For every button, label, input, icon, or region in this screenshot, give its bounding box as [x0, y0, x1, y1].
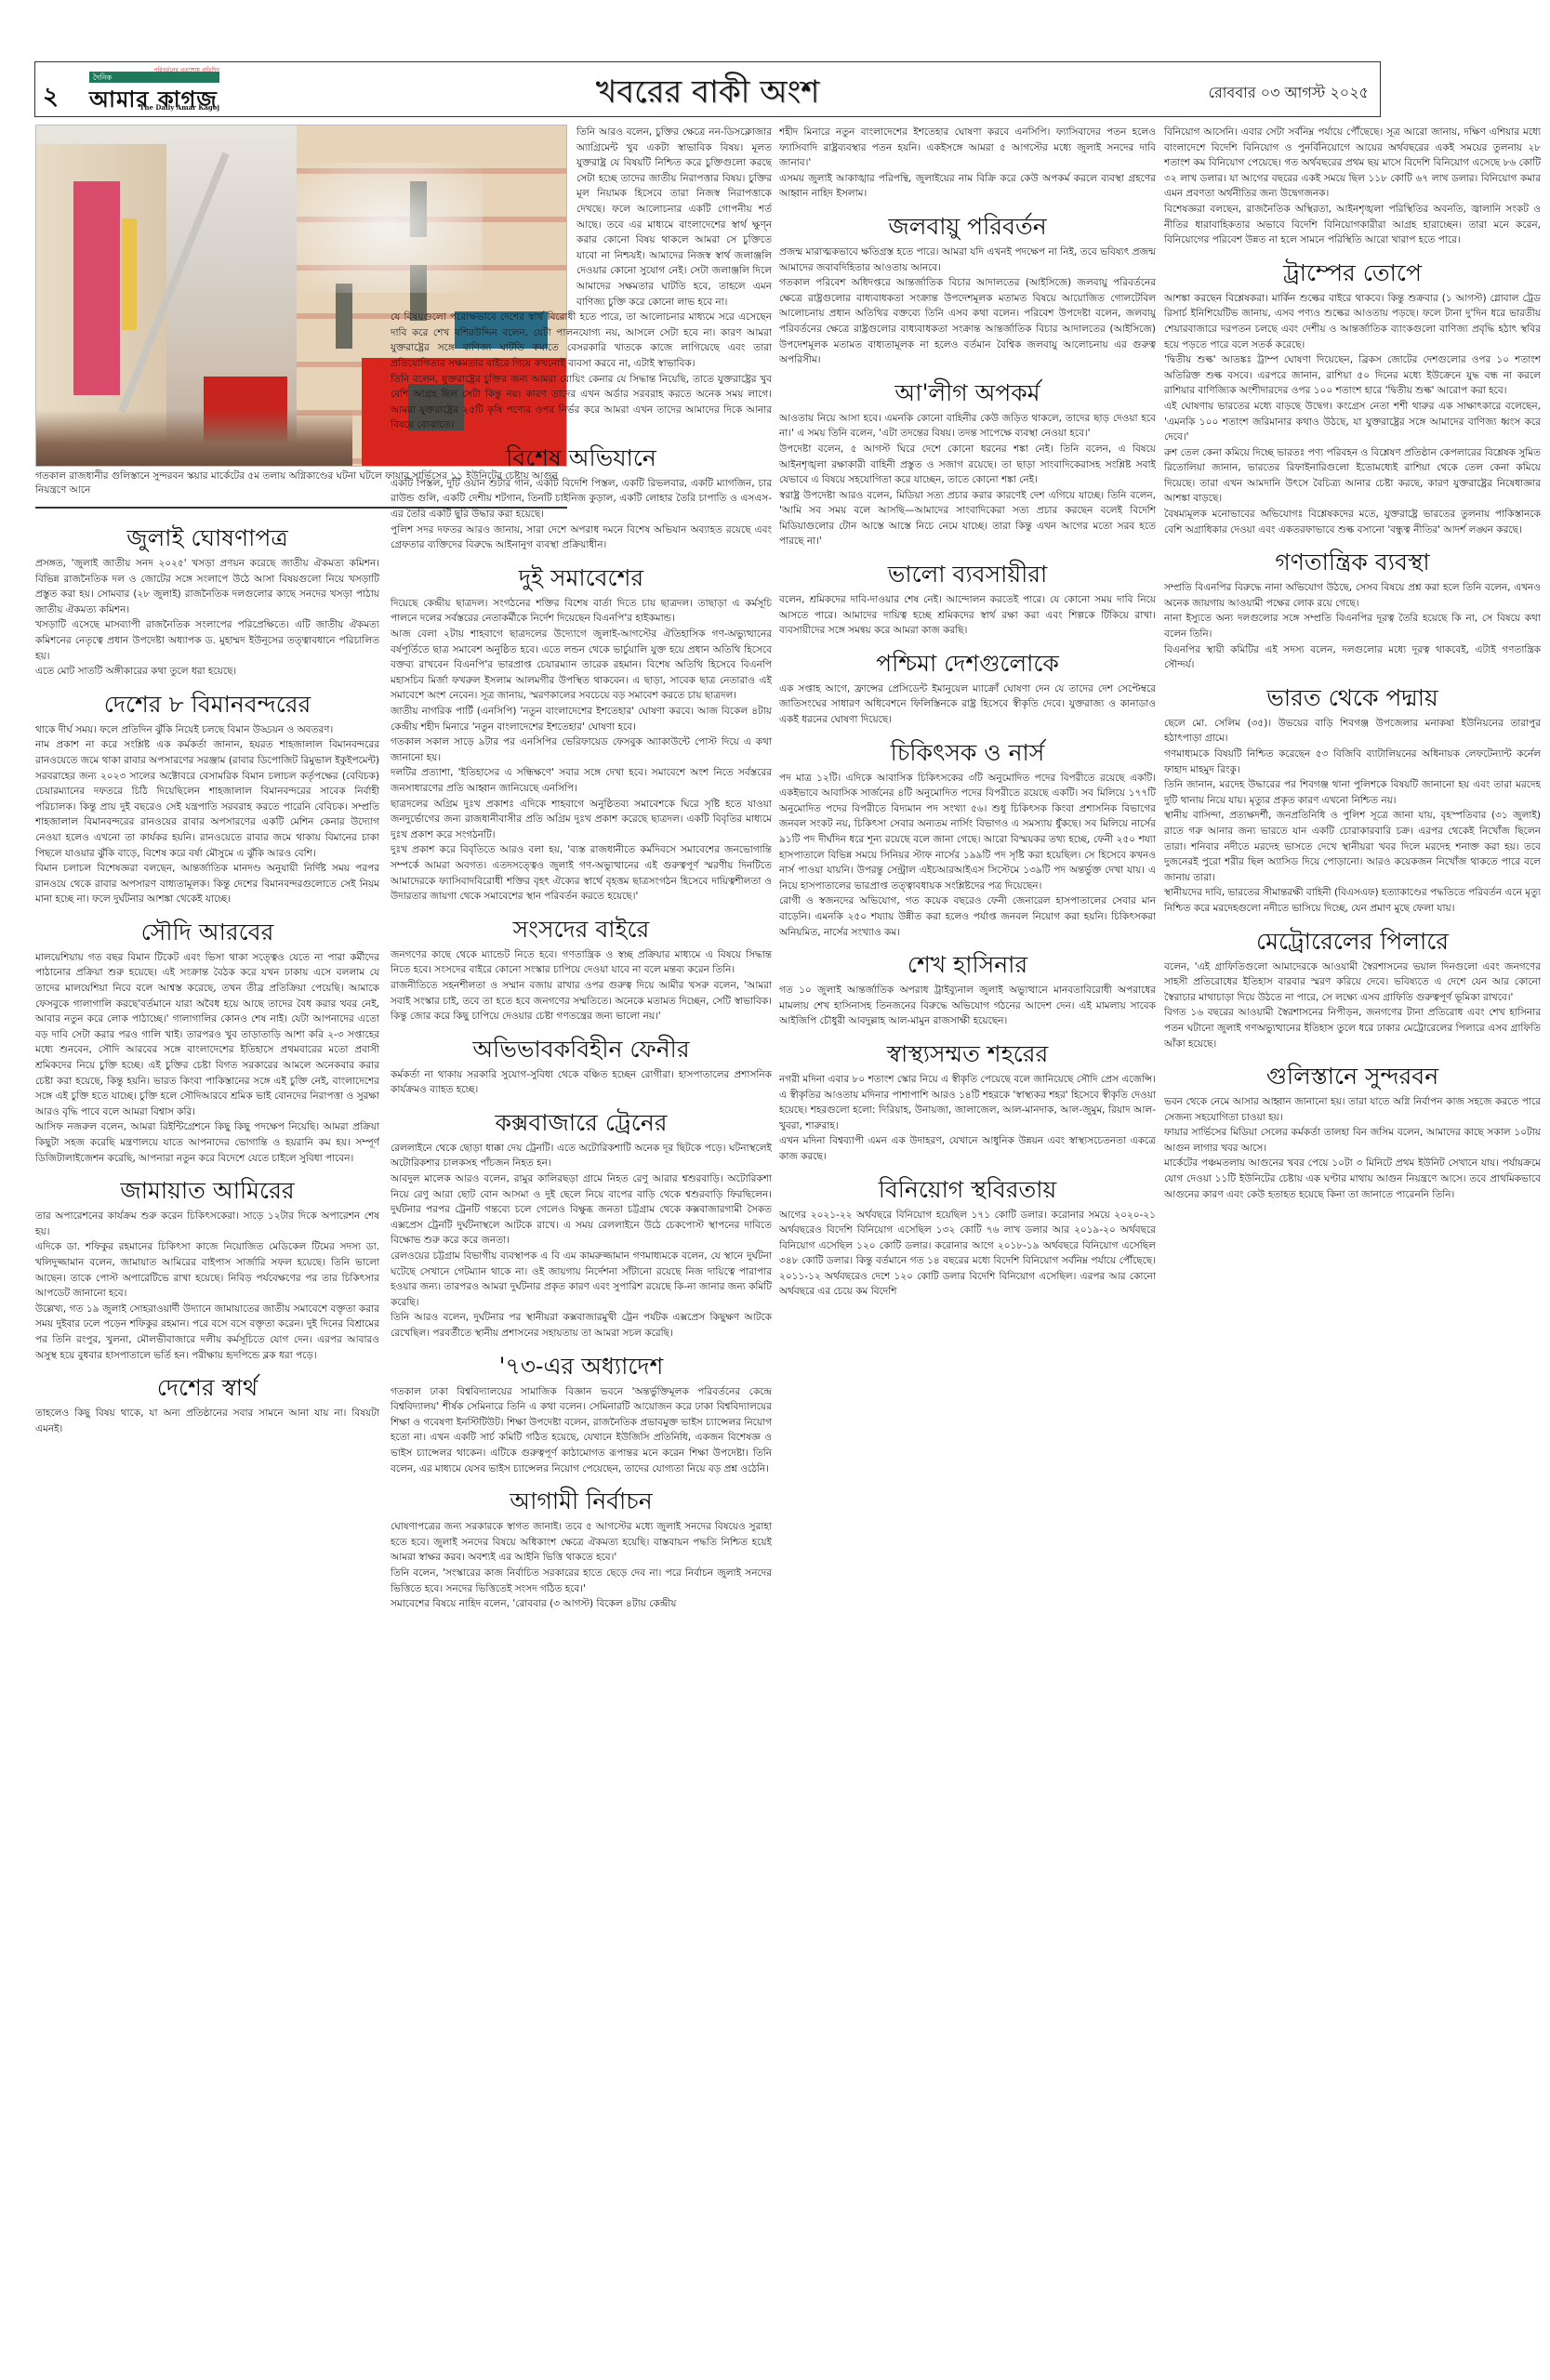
article-paragraph: রোগী ও স্বজনদের অভিযোগ, গত কয়েক বছরেও ফ… — [779, 893, 1156, 940]
article-paragraph: বিমান চলাচল বিশেষজ্ঞরা বলছেন, আন্তর্জাতি… — [35, 861, 379, 907]
section-title: খবরের বাকী অংশ — [35, 68, 1380, 121]
headline-investment-stagnation[interactable]: বিনিয়োগ স্থবিরতায় — [779, 1174, 1156, 1206]
headline-saudi[interactable]: সৌদি আরবের — [35, 917, 379, 948]
photo-crowd — [36, 410, 352, 466]
headline-climate-change[interactable]: জলবায়ু পরিবর্তন — [779, 211, 1156, 243]
headline-metro-pillars[interactable]: মেট্রোরেলের পিলারে — [1164, 926, 1541, 958]
headline-airports[interactable]: দেশের ৮ বিমানবন্দরের — [35, 689, 379, 721]
headline-awami-misdeeds[interactable]: আ'লীগ অপকর্ম — [779, 377, 1156, 409]
article-paragraph: স্থানীয়দের দাবি, ভারতের সীমান্তরক্ষী বা… — [1164, 885, 1541, 916]
article-paragraph: নানা ইস্যুতে অন্য দলগুলোর সঙ্গে সম্প্রতি… — [1164, 611, 1541, 641]
article-paragraph: আবদুল মালেক আরও বলেন, রামুর কালিরছড়া গ্… — [391, 1171, 772, 1249]
article-paragraph: বিএনপির স্থায়ী কমিটির এই সদস্য বলেন, দল… — [1164, 642, 1541, 673]
article-paragraph: স্থানীয় বাসিন্দা, প্রত্যক্ষদর্শী, জনপ্র… — [1164, 808, 1541, 885]
article-paragraph: জনগণের কাছে থেকে ম্যান্ডেট নিতে হবে। গণত… — [391, 947, 772, 978]
masthead: ২ দৈনিক পরিবর্তনের প্রত্যাশায় প্রতিদিন … — [34, 61, 1381, 117]
article-paragraph: নগরী মদিনা এবার ৮০ শতাংশ স্কোর নিয়ে এ স… — [779, 1072, 1156, 1133]
headline-national-interest[interactable]: দেশের স্বার্থ — [35, 1372, 379, 1404]
article-paragraph: আওতায় নিয়ে আসা হবে। এমনকি কোনো বাহিনীর… — [779, 411, 1156, 442]
article-paragraph: জাতীয় নাগরিক পার্টি (এনসিপি) 'নতুন বাংল… — [391, 704, 772, 734]
article-paragraph: বৈষম্যমূলক মনোভাবের অভিযোগঃ বিশ্লেষকদের … — [1164, 507, 1541, 537]
article-paragraph: গতকাল সকাল সাড়ে ৯টার পর এনসিপির ভেরিফায… — [391, 734, 772, 765]
column-3: শহীদ মিনারে নতুন বাংলাদেশের ইশতেহার ঘোষণ… — [779, 125, 1156, 2335]
article-paragraph: স্বরাষ্ট্র উপদেষ্টা আরও বলেন, মিডিয়া সত… — [779, 488, 1156, 549]
article-paragraph: প্রজন্ম মারাত্মকভাবে ক্ষতিগ্রস্ত হতে পার… — [779, 245, 1156, 275]
article-paragraph: উপদেষ্টা বলেন, ৫ আগস্ট ঘিরে দেশে কোনো ধর… — [779, 442, 1156, 488]
article-paragraph: শহীদ মিনারে নতুন বাংলাদেশের ইশতেহার ঘোষণ… — [779, 125, 1156, 171]
column-4: বিনিয়োগ আসেনি। এবার সেটা সর্বনিম্ন পর্য… — [1164, 125, 1541, 2335]
article-paragraph: গতকাল ঢাকা বিশ্ববিদ্যালয়ের সামাজিক বিজ্… — [391, 1384, 772, 1477]
article-paragraph: মার্কেটের পঞ্চমতলায় আগুনের খবর পেয়ে ১০… — [1164, 1156, 1541, 1202]
headline-two-rallies[interactable]: দুই সমাবেশের — [391, 562, 772, 594]
headline-gulistan-sundarban[interactable]: গুলিস্তানে সুন্দরবন — [1164, 1061, 1541, 1092]
headline-73-ordinance[interactable]: '৭৩-এর অধ্যাদেশ — [391, 1351, 772, 1382]
article-paragraph: বিনিয়োগ আসেনি। এবার সেটা সর্বনিম্ন পর্য… — [1164, 125, 1541, 202]
article-paragraph: যে বিষয়গুলো পরোক্ষভাবে দেশের স্বার্থ বি… — [391, 310, 772, 371]
photo-pink-building — [73, 181, 120, 395]
article-paragraph: বিগত ১৬ বছরের আওয়ামী স্বৈরশাসনের নিপীড়… — [1164, 1005, 1541, 1051]
article-paragraph: ঘোষণাপত্রের জন্য সরকারকে স্বাগত জানাই। ত… — [391, 1519, 772, 1566]
article-paragraph: এই ঘোষণায় ভারতের মধ্যে বাড়ছে উদ্বেগ। ক… — [1164, 399, 1541, 445]
article-paragraph: তিনি আরও বলেন, দুর্ঘটনার পর স্থানীয়রা ক… — [391, 1310, 772, 1341]
article-paragraph: থাকে দীর্ঘ সময়। ফলে প্রতিদিন ঝুঁকি নিয়… — [35, 722, 379, 738]
article-paragraph: এতে মোট সাতটি অঙ্গীকারের কথা তুলে ধরা হয… — [35, 664, 379, 680]
headline-feni-hospital[interactable]: অভিভাবকবিহীন ফেনীর — [391, 1034, 772, 1065]
article-paragraph: তার অপারেশনের কার্যক্রম শুরু করেন চিকিৎস… — [35, 1209, 379, 1239]
headline-coxs-bazar-train[interactable]: কক্সবাজারে ট্রেনের — [391, 1107, 772, 1139]
article-paragraph: কর্মকর্তা না থাকায় সরকারি সুযোগ-সুবিধা … — [391, 1067, 772, 1098]
article-paragraph: তাহলেও কিছু বিষয় থাকে, যা অন্য প্রতিষ্ঠ… — [35, 1406, 379, 1436]
article-paragraph: ফায়ার সার্ভিসের মিডিয়া সেলের কর্মকর্তা… — [1164, 1125, 1541, 1156]
headline-western-countries[interactable]: পশ্চিমা দেশগুলোকে — [779, 648, 1156, 680]
issue-date: রোববার ০৩ আগস্ট ২০২৫ — [1208, 81, 1369, 106]
headline-democratic-system[interactable]: গণতান্ত্রিক ব্যবস্থা — [1164, 547, 1541, 578]
article-paragraph: উল্লেখ্য, গত ১৯ জুলাই সোহরাওয়ার্দী উদ্য… — [35, 1302, 379, 1363]
photo-window — [336, 284, 352, 349]
headline-outside-parliament[interactable]: সংসদের বাইরে — [391, 914, 772, 945]
headline-july-declaration[interactable]: জুলাই ঘোষণাপত্র — [35, 522, 379, 554]
article-paragraph: রুশ তেল কেনা কমিয়ে দিচ্ছে ভারতঃ পণ্য পর… — [1164, 445, 1541, 507]
article-paragraph: সমাবেশের বিষয়ে নাহিদ বলেন, 'রোববার (৩ আ… — [391, 1596, 772, 1612]
article-paragraph: রাজনীতিতে সহনশীলতা ও সম্মান বজায় রাখার … — [391, 978, 772, 1025]
article-paragraph: পদ মাত্র ১২টি। এদিকে আবাসিক চিকিৎসকের ৩ট… — [779, 771, 1156, 894]
article-paragraph: তিনি বলেন, 'সংস্কারের কাজ নির্বাচিত সরকা… — [391, 1566, 772, 1596]
article-paragraph: একটি পিস্তল, দুটি ওয়ান শুটার গান, একটি … — [391, 476, 772, 522]
article-paragraph: এখন মদিনা বিশ্বব্যাপী এমন এক উদাহরণ, যেখ… — [779, 1133, 1156, 1164]
headline-jamaat-amir[interactable]: জামায়াত আমিরের — [35, 1175, 379, 1207]
headline-healthy-city[interactable]: স্বাস্থ্যসম্মত শহরের — [779, 1038, 1156, 1070]
article-paragraph: বলেন, শ্রমিকদের দাবি-দাওয়ার শেষ নেই। আন… — [779, 592, 1156, 639]
article-paragraph: প্রসঙ্গত, 'জুলাই জাতীয় সনদ ২০২৫' খসড়া … — [35, 556, 379, 617]
headline-next-election[interactable]: আগামী নির্বাচন — [391, 1486, 772, 1517]
article-paragraph: গত ১০ জুলাই আন্তর্জাতিক অপরাধ ট্রাইব্যুন… — [779, 983, 1156, 1029]
headline-good-businessmen[interactable]: ভালো ব্যবসায়ীরা — [779, 559, 1156, 590]
article-paragraph: তিনি বলেন, যুক্তরাষ্ট্রের চুক্তির জন্য আ… — [391, 372, 772, 433]
article-paragraph: রেলওয়ের চট্টগ্রাম বিভাগীয় ব্যবস্থাপক এ… — [391, 1249, 772, 1310]
article-paragraph: খসড়াটি এসেছে মাসব্যাপী রাজনৈতিক সংলাপের… — [35, 617, 379, 664]
headline-trump-tariff[interactable]: ট্রাম্পের তোপে — [1164, 258, 1541, 289]
article-paragraph: আগের ২০২১-২২ অর্থবছরে বিনিয়োগ হয়েছিল ১… — [779, 1208, 1156, 1301]
article-paragraph: রেললাইনে থেকে ছোড়া ধাক্কা দেয় ট্রেনটি।… — [391, 1141, 772, 1171]
article-paragraph: তিনি আরও বলেন, চুক্তির ক্ষেত্রে নন-ডিসক্… — [576, 125, 772, 310]
article-paragraph: এসময় জুলাই আকাঙ্খার পরিপন্থি, জুলাইয়ের… — [779, 171, 1156, 202]
article-paragraph: দুঃখ প্রকাশ করে বিবৃতিতে আরও বলা হয়, 'ব… — [391, 842, 772, 904]
article-paragraph: ছেলে মো. সেলিম (৩৫)। উভয়ের বাড়ি শিবগঞ্… — [1164, 716, 1541, 747]
column-2: তিনি আরও বলেন, চুক্তির ক্ষেত্রে নন-ডিসক্… — [391, 125, 772, 2335]
headline-sheikh-hasina[interactable]: শেখ হাসিনার — [779, 949, 1156, 981]
article-paragraph: আশঙ্কা করছেন বিশ্লেষকরা। মার্কিন শুল্কের… — [1164, 291, 1541, 352]
article-paragraph: আসিফ নজরুল বলেন, আমরা রিইন্টিগ্রেশনে কিছ… — [35, 1119, 379, 1166]
article-paragraph: এদিকে ডা. শফিকুর রহমানের চিকিৎসা কাজে নি… — [35, 1239, 379, 1301]
article-paragraph: তিনি জানান, মরদেহ উদ্ধারের পর শিবগঞ্জ থা… — [1164, 777, 1541, 808]
article-paragraph: সম্প্রতি বিএনপির বিরুদ্ধে নানা অভিযোগ উঠ… — [1164, 580, 1541, 611]
photo-signboard — [122, 218, 137, 330]
article-paragraph: গণমাধ্যমকে বিষয়টি নিশ্চিত করেছেন ৫৩ বিজ… — [1164, 747, 1541, 777]
article-paragraph: নাম প্রকাশ না করে সংশ্লিষ্ট এক কর্মকর্তা… — [35, 737, 379, 861]
article-paragraph: ভবন থেকে নেমে আসার আহ্বান জানানো হয়। তা… — [1164, 1094, 1541, 1125]
article-paragraph: 'দ্বিতীয় শুল্ক' আতঙ্কঃ ট্রাম্প ঘোষণা দি… — [1164, 352, 1541, 399]
article-paragraph: বলেন, 'এই গ্রাফিতিগুলো আমাদেরকে আওয়ামী … — [1164, 959, 1541, 1006]
headline-india-to-padma[interactable]: ভারত থেকে পদ্মায় — [1164, 682, 1541, 714]
article-paragraph: আজ বেলা ২টায় শাহবাগে ছাত্রদলের উদ্যোগে … — [391, 627, 772, 704]
headline-special-drive[interactable]: বিশেষ অভিযানে — [391, 443, 772, 474]
article-paragraph: দলটির প্রত্যাশা, 'ইতিহাসের এ সন্ধিক্ষণে'… — [391, 765, 772, 796]
article-paragraph: মালয়েশিয়ায় গত বছর বিমান টিকেট এবং ভিস… — [35, 950, 379, 1120]
article-paragraph: বিশেষজ্ঞরা বলছেন, রাজনৈতিক অস্থিরতা, আইন… — [1164, 202, 1541, 248]
article-paragraph: গতকাল পরিবেশ অধিদপ্তরে আন্তর্জাতিক বিচার… — [779, 275, 1156, 368]
article-paragraph: ছাত্রদলের অগ্রিম দুঃখ প্রকাশঃ এদিকে শাহব… — [391, 797, 772, 843]
headline-doctors-nurses[interactable]: চিকিৎসক ও নার্স — [779, 737, 1156, 769]
article-paragraph: পুলিশ সদর দফতর আরও জানায়, সারা দেশে অপর… — [391, 522, 772, 553]
article-paragraph: দিয়েছে কেন্দ্রীয় ছাত্রদল। সংগঠনের শক্ত… — [391, 596, 772, 627]
column-1: জুলাই ঘোষণাপত্র প্রসঙ্গত, 'জুলাই জাতীয় … — [35, 513, 379, 2335]
article-paragraph: এক সপ্তাহ আগে, ফ্রান্সের প্রেসিডেন্ট ইমা… — [779, 681, 1156, 728]
